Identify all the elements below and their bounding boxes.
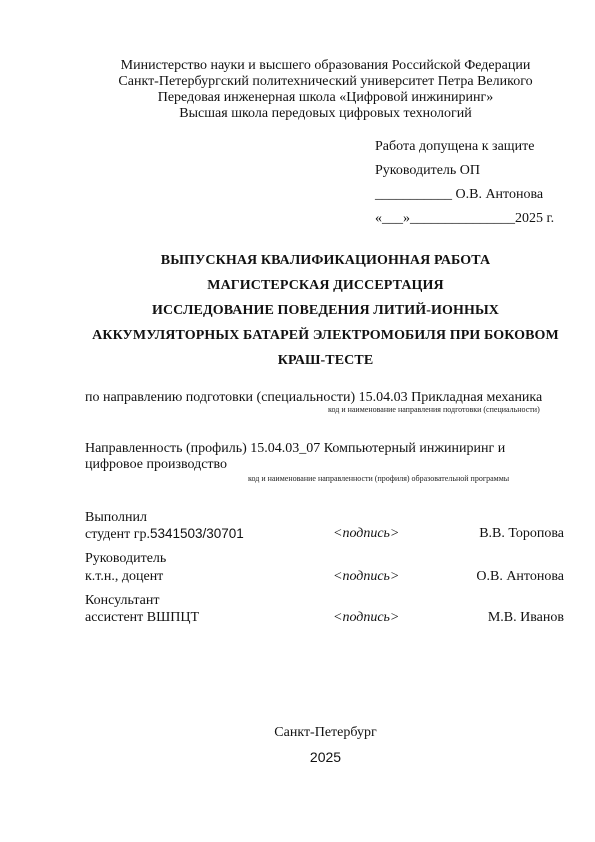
direction-caption: код и наименование направления подготовк… [328, 405, 540, 415]
topic-line-1: ИССЛЕДОВАНИЕ ПОВЕДЕНИЯ ЛИТИЙ-ИОННЫХ [28, 303, 595, 319]
ministry-line: Министерство науки и высшего образования… [28, 58, 595, 74]
profile-line-1: Направленность (профиль) 15.04.03_07 Ком… [85, 441, 505, 457]
program-head-signature-line: ___________ О.В. Антонова [375, 187, 543, 203]
higher-school-line: Высшая школа передовых цифровых технолог… [28, 106, 595, 122]
signature-role: Руководитель [85, 551, 166, 567]
group-number: 5341503/30701 [150, 526, 244, 541]
university-line: Санкт-Петербургский политехнический унив… [28, 74, 595, 90]
signature-position: студент гр.5341503/30701 [85, 526, 244, 543]
degree-type: МАГИСТЕРСКАЯ ДИССЕРТАЦИЯ [28, 278, 595, 294]
signature-name: М.В. Иванов [488, 610, 564, 626]
signature-role: Выполнил [85, 510, 147, 526]
signature-position: к.т.н., доцент [85, 569, 163, 585]
work-type: ВЫПУСКНАЯ КВАЛИФИКАЦИОННАЯ РАБОТА [28, 253, 595, 269]
signature-placeholder: <подпись> [333, 569, 399, 585]
signature-role: Консультант [85, 593, 160, 609]
admitted-text: Работа допущена к защите [375, 139, 534, 155]
program-head-role: Руководитель ОП [375, 163, 480, 179]
approval-date-line: «___»_______________2025 г. [375, 211, 554, 227]
signature-placeholder: <подпись> [333, 526, 399, 542]
signature-name: О.В. Антонова [476, 569, 564, 585]
city: Санкт-Петербург [28, 725, 595, 741]
profile-line-2: цифровое производство [85, 457, 227, 473]
profile-caption: код и наименование направленности (профи… [248, 474, 509, 484]
signature-name: В.В. Торопова [479, 526, 564, 542]
topic-line-3: КРАШ-ТЕСТЕ [28, 353, 595, 369]
position-prefix: студент гр. [85, 527, 150, 542]
signature-placeholder: <подпись> [333, 610, 399, 626]
signature-position: ассистент ВШПЦТ [85, 610, 199, 626]
topic-line-2: АККУМУЛЯТОРНЫХ БАТАРЕЙ ЭЛЕКТРОМОБИЛЯ ПРИ… [28, 328, 595, 344]
school-line: Передовая инженерная школа «Цифровой инж… [28, 90, 595, 106]
direction-text: по направлению подготовки (специальности… [85, 390, 542, 406]
year: 2025 [28, 749, 595, 765]
